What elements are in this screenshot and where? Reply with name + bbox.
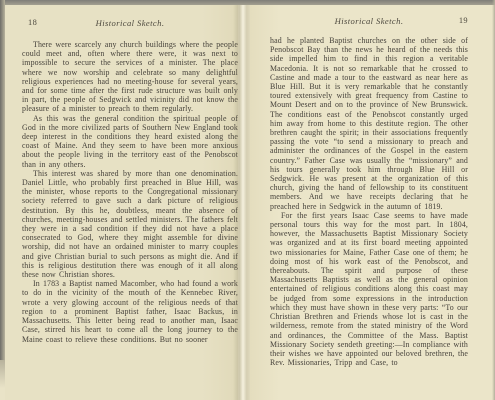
- scan-edge-left: [0, 0, 5, 382]
- running-title-left: Historical Sketch.: [22, 18, 238, 28]
- paragraph: As this was the general condition the sp…: [22, 114, 238, 169]
- paragraph: This interest was shared by more than on…: [22, 169, 238, 279]
- page-left-header: 18 Historical Sketch.: [22, 18, 238, 28]
- page-number-right: 19: [459, 16, 468, 25]
- paragraph: For the first years Isaac Case seems to …: [270, 211, 468, 367]
- paragraph: had he planted Baptist churches on the o…: [270, 36, 468, 211]
- running-title-right: Historical Sketch.: [270, 16, 468, 26]
- book-scan: 18 Historical Sketch. There were scarcel…: [0, 0, 495, 400]
- scan-edge-left-fade: [0, 360, 5, 400]
- page-right: Historical Sketch. 19 had he planted Bap…: [250, 0, 495, 400]
- page-left: 18 Historical Sketch. There were scarcel…: [0, 0, 238, 400]
- paragraph: There were scarcely any church buildings…: [22, 40, 238, 114]
- page-number-left: 18: [28, 18, 37, 27]
- paragraph: In 1783 a Baptist named Macomber, who ha…: [22, 279, 238, 343]
- page-right-header: Historical Sketch. 19: [270, 16, 468, 26]
- page-left-body: There were scarcely any church buildings…: [22, 40, 238, 344]
- scan-edge-top: [0, 0, 495, 5]
- page-right-body: had he planted Baptist churches on the o…: [270, 36, 468, 367]
